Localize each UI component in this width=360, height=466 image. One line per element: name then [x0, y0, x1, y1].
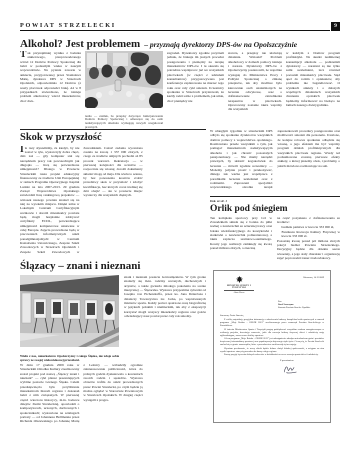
article-alkohol-headline: Alkohol? Jest problemem – przyznają dyre… [20, 34, 340, 52]
letter-paragraph: Proszę przyjąć życzenia dalszych sukcesó… [220, 354, 324, 357]
orlik-funding-intro: na część pozyskano z dofinansowania ze ś… [277, 216, 340, 225]
letter-paragraph: W imieniu Ministerstwa Sportu i Turystyk… [220, 329, 324, 338]
alkohol-photo-block: nadto — zasiłek, bo przepisy dotyczące f… [85, 51, 163, 128]
orlik-funding-rest: Pozostałą kwotę ponad pół miliona złotyc… [277, 239, 340, 261]
exhibition-photo [20, 275, 119, 347]
letter-header: MINISTER SPORTU I TURYSTYKI Adam Giersz … [220, 276, 324, 295]
right-column: W ubiegłym tygodniu w strzeleckim DPS od… [210, 129, 340, 423]
letter-sender-block: MINISTER SPORTU I TURYSTYKI Adam Giersz [220, 276, 258, 295]
funding-bullet: Funduszu Rozwoju Kultury Fizycznej w kwo… [282, 230, 341, 239]
article-slazacy-body: W dniu 17 grudnia 2009 roku w Strzelecki… [20, 363, 206, 425]
dps-meeting-photo [85, 51, 163, 108]
alkohol-column-5: w każdym z Domów program profilaktyki. N… [286, 51, 340, 128]
section-rule [20, 129, 206, 130]
masthead-rule [20, 30, 330, 31]
alkohol-column-4: starcza, a przepisy nie ułatwiają działa… [228, 51, 282, 128]
alkohol-column-1: Tak przynajmniej wynika z badania ankiet… [20, 51, 81, 128]
article-orlik-title: Orlik pod śniegiem [210, 204, 340, 214]
masthead-section-label: POWIAT STRZELECKI [20, 22, 116, 29]
article-slazacy: Ślązacy – znani i nieznani [20, 260, 206, 425]
section-rule [210, 196, 340, 197]
letter-salutation: Szanowny Panie Starosto, [220, 315, 324, 318]
funding-bullet-list: budżetu państwa w kwocie 333 000 zł, Fun… [277, 225, 340, 239]
article-orlik-body: Ten kompleks sportowy przy LO w Zawadzki… [210, 216, 340, 266]
ministry-letter: MINISTER SPORTU I TURYSTYKI Adam Giersz … [213, 270, 331, 423]
alkohol-column-3: zagrożeń. Dyrektorzy zgodnie przyznali j… [167, 51, 224, 128]
article-skok-body: Ile razy słyszeliśmy, że kiedyś, by nie … [20, 146, 206, 256]
headline-title: Alkohol? Jest problemem [20, 38, 140, 50]
addressee-line: Starosta Powiatu Strzelce Opolskie [278, 307, 324, 310]
slazacy-photo-row: Wielu z nas, mieszkańców Opolszczyzny i … [20, 275, 206, 361]
article-skok-title: Skok w przyszłość [20, 132, 206, 143]
alkohol-continuation: W ubiegłym tygodniu w strzeleckim DPS od… [210, 129, 340, 193]
headline-subtitle: – przyznają dyrektorzy DPS-ów na Opolszc… [144, 40, 297, 49]
slazacy-photo-block: Wielu z nas, mieszkańców Opolszczyzny i … [20, 275, 119, 361]
letter-paragraph: Celem programu „Moje Boisko – ORLIK 2012… [220, 338, 324, 347]
letter-paragraph: Z wielką satysfakcją przyjąłem informacj… [220, 319, 324, 328]
letter-addressee: Pan Józef Swaczyna Starosta Powiatu Strz… [278, 301, 324, 311]
signature-icon [282, 363, 300, 375]
article-slazacy-title: Ślązacy – znani i nieznani [20, 260, 206, 272]
funding-bullet: budżetu państwa w kwocie 333 000 zł, [282, 225, 341, 229]
letter-paragraph: Wyrażam przekonanie, że nowy obiekt będz… [220, 348, 324, 354]
orlik-column-1: Ten kompleks sportowy przy LO w Zawadzki… [210, 216, 272, 266]
newspaper-page: POWIAT STRZELECKI 9 Alkohol? Jest proble… [0, 0, 360, 466]
letter-sender-name: Adam Giersz [220, 292, 258, 295]
letter-date: Warszawa, 14.12.2009 [303, 277, 324, 295]
article-skok: Skok w przyszłość Ile razy słyszeliśmy, … [20, 129, 206, 256]
slazacy-side-column: znani i nieznani postacie Górnoślązaków.… [124, 275, 206, 361]
article-alkohol: Tak przynajmniej wynika z badania ankiet… [20, 51, 340, 128]
continued-from-note: Dok. ze str. 1 [210, 199, 340, 203]
page-number-badge: 9 [331, 22, 340, 31]
orlik-column-2: na część pozyskano z dofinansowania ze ś… [277, 216, 340, 266]
letter-sender-title: MINISTER SPORTU I TURYSTYKI [220, 285, 258, 290]
coat-of-arms-eagle-icon [236, 276, 243, 283]
